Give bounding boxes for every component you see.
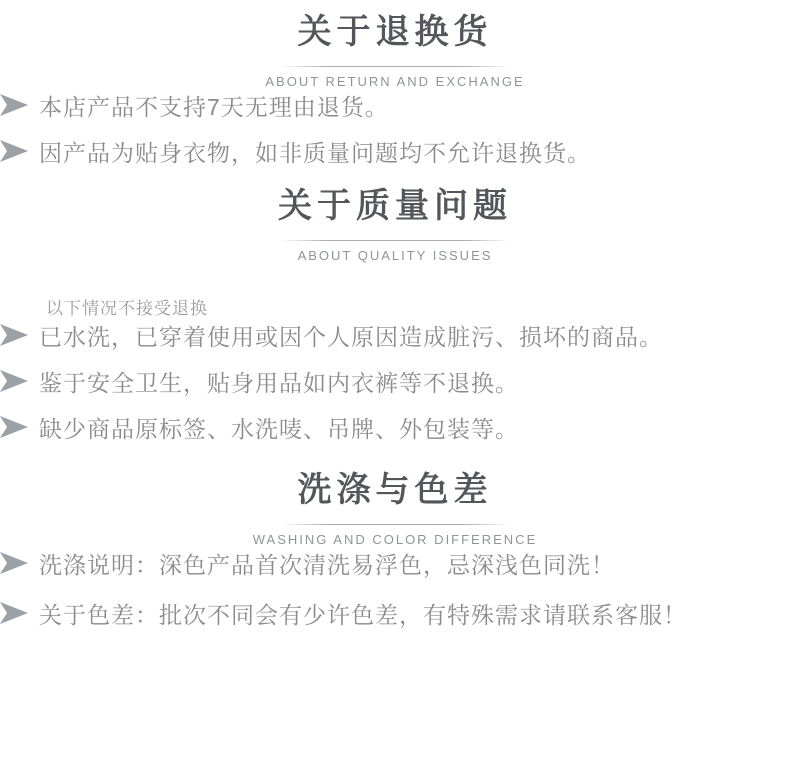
section-washing-color: 洗涤与色差 WASHING AND COLOR DIFFERENCE 洗涤说明：…: [0, 466, 790, 628]
policy-item-text: 洗涤说明：深色产品首次清洗易浮色，忌深浅色同洗！: [39, 547, 615, 580]
policy-item-text: 关于色差：批次不同会有少许色差，有特殊需求请联系客服！: [39, 597, 687, 630]
section-quality-issues: 关于质量问题 ABOUT QUALITY ISSUES 以下情况不接受退换 已水…: [0, 182, 790, 442]
arrow-right-icon: [0, 140, 28, 162]
policy-list: 本店产品不支持7天无理由退货。 因产品为贴身衣物，如非质量问题均不允许退换货。: [0, 90, 790, 166]
section-title: 关于退换货: [0, 8, 790, 56]
policy-list: 已水洗，已穿着使用或因个人原因造成脏污、损坏的商品。 鉴于安全卫生，贴身用品如内…: [0, 320, 790, 442]
policy-list: 洗涤说明：深色产品首次清洗易浮色，忌深浅色同洗！ 关于色差：批次不同会有少许色差…: [0, 548, 790, 628]
section-subtitle-en: ABOUT QUALITY ISSUES: [0, 248, 790, 264]
policy-item: 洗涤说明：深色产品首次清洗易浮色，忌深浅色同洗！: [0, 548, 790, 578]
policy-item: 缺少商品原标签、水洗唛、吊牌、外包装等。: [0, 412, 790, 442]
section-note: 以下情况不接受退换: [46, 298, 790, 320]
policy-item: 本店产品不支持7天无理由退货。: [0, 90, 790, 120]
section-header: 关于质量问题 ABOUT QUALITY ISSUES: [0, 182, 790, 264]
policy-item: 因产品为贴身衣物，如非质量问题均不允许退换货。: [0, 136, 790, 166]
arrow-right-icon: [0, 94, 28, 116]
policy-item-text: 已水洗，已穿着使用或因个人原因造成脏污、损坏的商品。: [39, 319, 663, 352]
title-divider: [283, 66, 508, 67]
section-header: 关于退换货 ABOUT RETURN AND EXCHANGE: [0, 8, 790, 90]
section-return-exchange: 关于退换货 ABOUT RETURN AND EXCHANGE 本店产品不支持7…: [0, 8, 790, 166]
section-title: 洗涤与色差: [0, 466, 790, 514]
policy-item-text: 因产品为贴身衣物，如非质量问题均不允许退换货。: [39, 135, 591, 168]
section-header: 洗涤与色差 WASHING AND COLOR DIFFERENCE: [0, 466, 790, 548]
arrow-right-icon: [0, 552, 28, 574]
policy-item-text: 鉴于安全卫生，贴身用品如内衣裤等不退换。: [39, 365, 519, 398]
policy-item: 鉴于安全卫生，贴身用品如内衣裤等不退换。: [0, 366, 790, 396]
section-title: 关于质量问题: [0, 182, 790, 230]
policy-item-text: 本店产品不支持7天无理由退货。: [39, 89, 389, 122]
arrow-right-icon: [0, 324, 28, 346]
return-policy-page: 关于退换货 ABOUT RETURN AND EXCHANGE 本店产品不支持7…: [0, 0, 790, 773]
arrow-right-icon: [0, 416, 28, 438]
policy-item-text: 缺少商品原标签、水洗唛、吊牌、外包装等。: [39, 411, 519, 444]
title-divider: [283, 524, 508, 525]
policy-item: 关于色差：批次不同会有少许色差，有特殊需求请联系客服！: [0, 598, 790, 628]
arrow-right-icon: [0, 370, 28, 392]
arrow-right-icon: [0, 602, 28, 624]
policy-item: 已水洗，已穿着使用或因个人原因造成脏污、损坏的商品。: [0, 320, 790, 350]
title-divider: [283, 240, 508, 241]
